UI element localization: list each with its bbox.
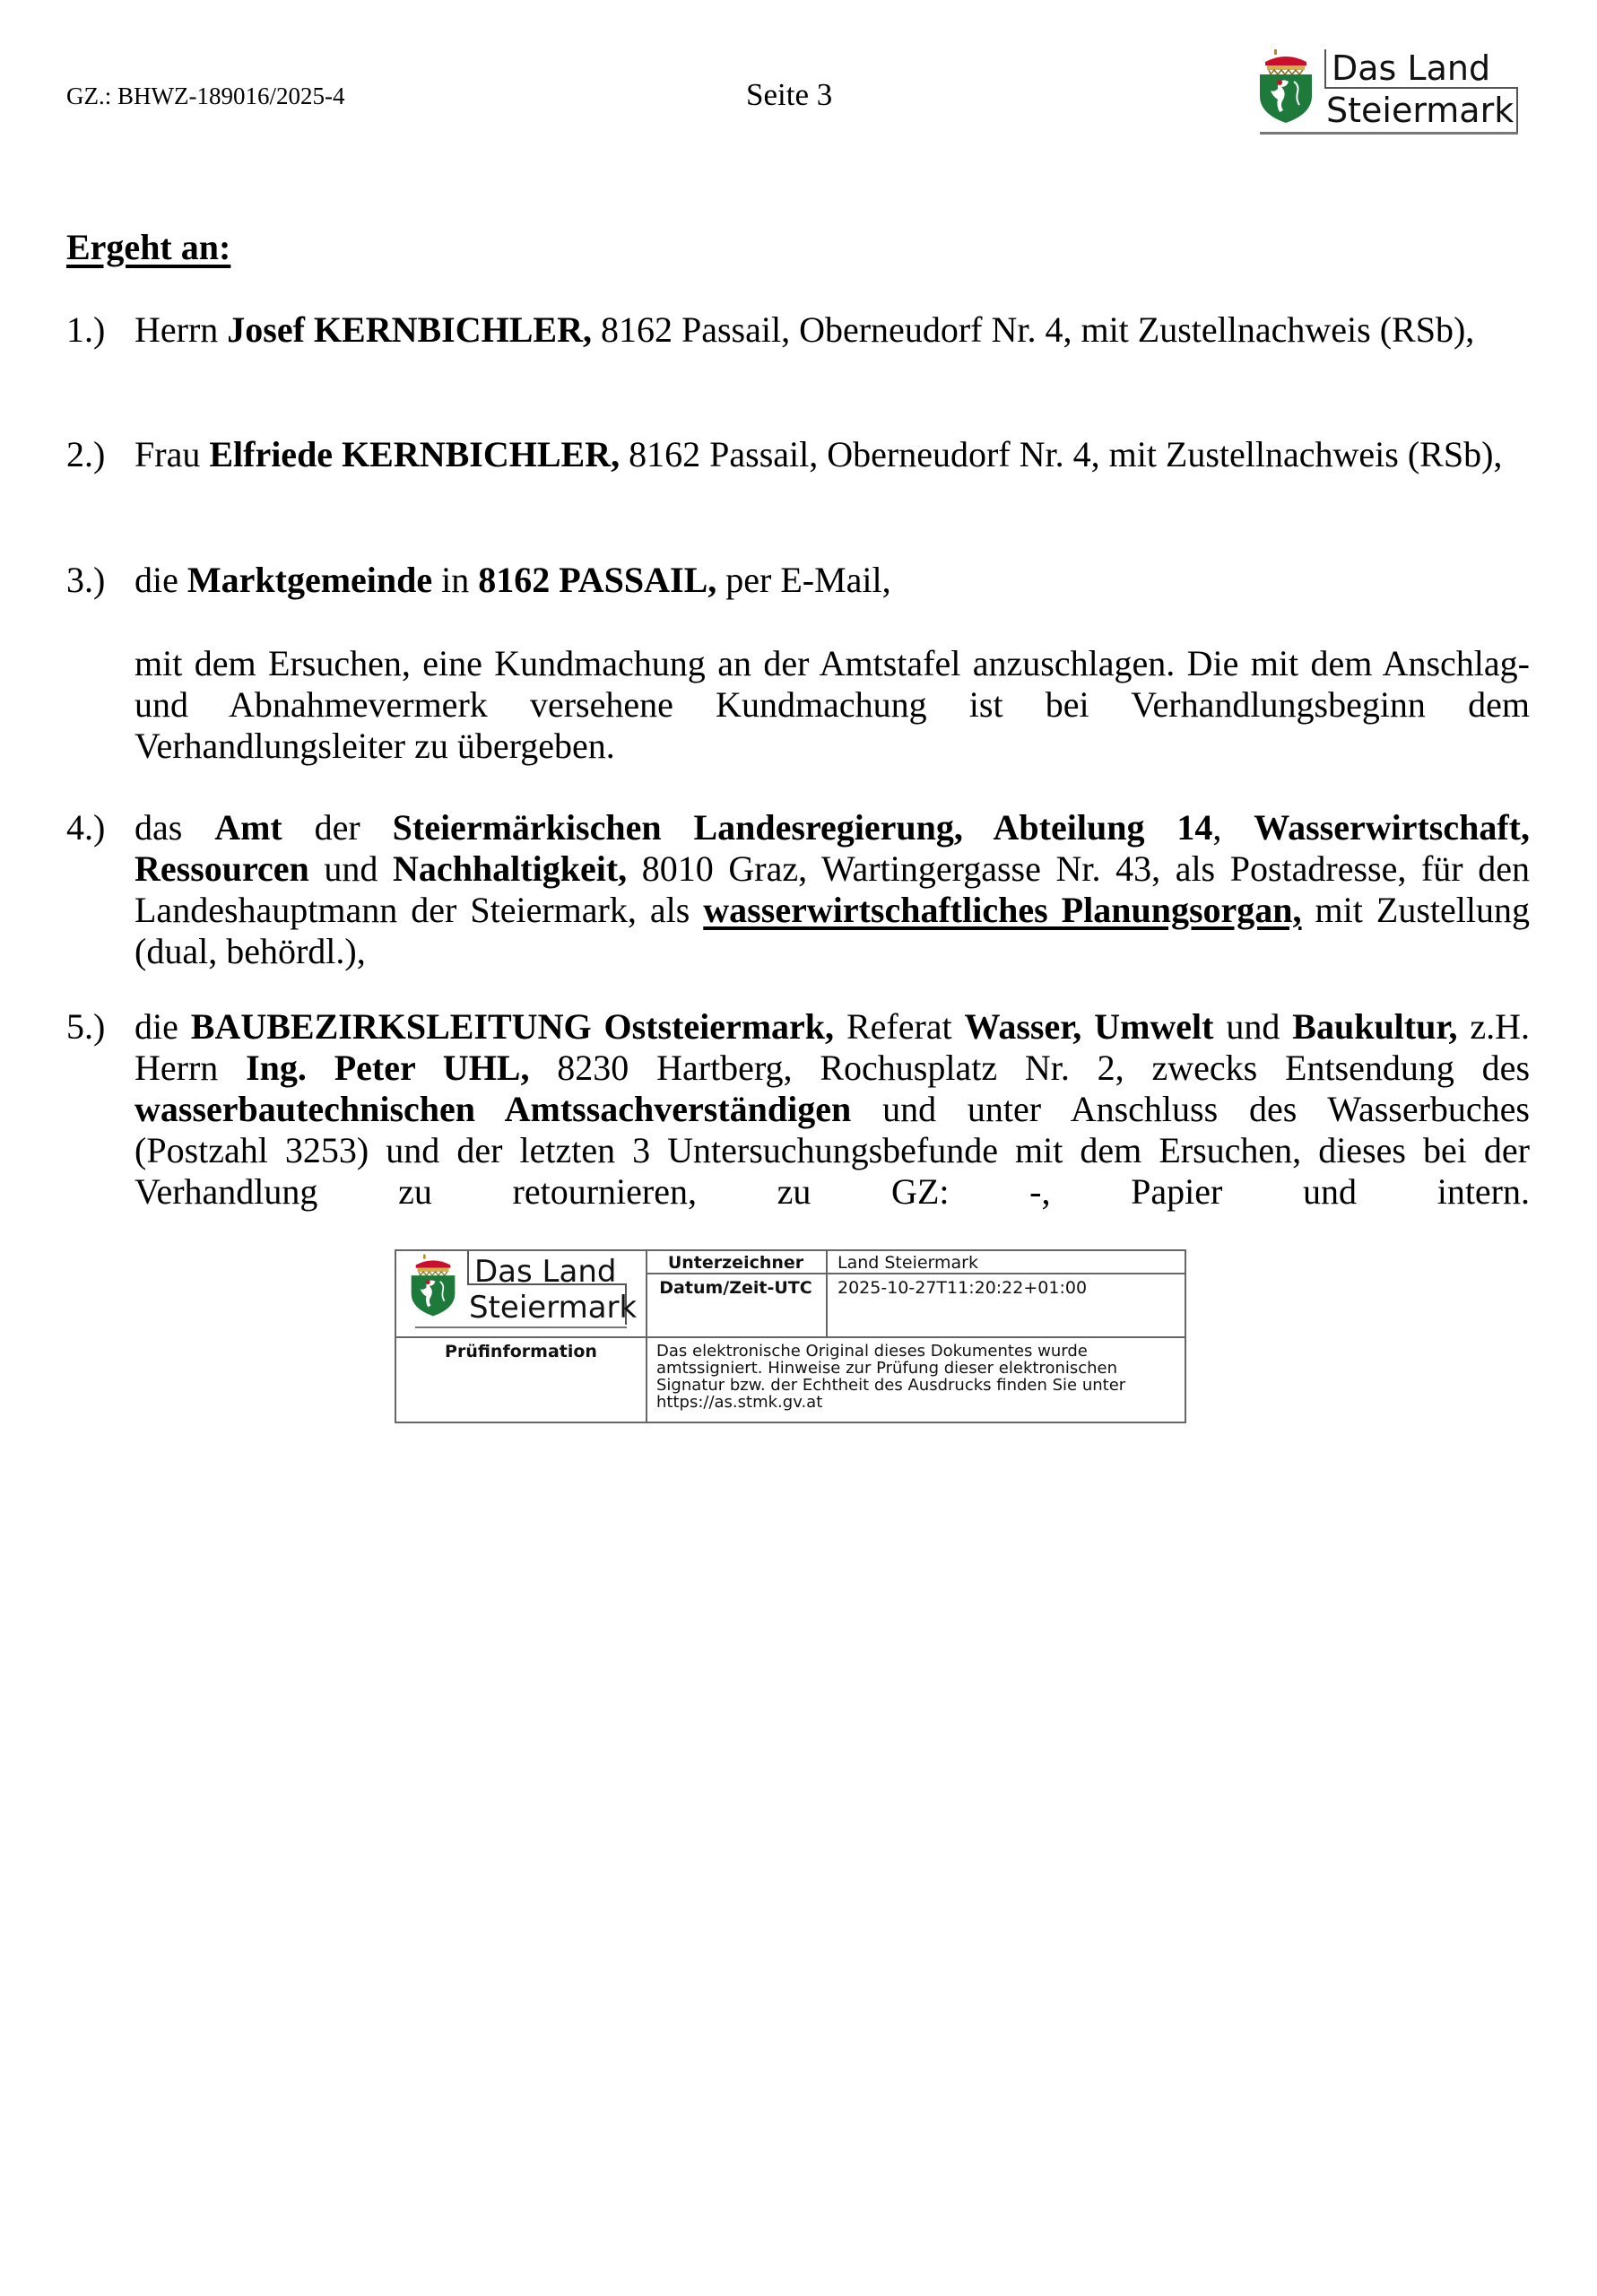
signer-value: Land Steiermark [838,1254,978,1272]
logo-rule [1260,132,1518,135]
electronic-signature-block: Das Land Steiermark Unterzeichner Land S… [395,1249,1186,1423]
logo-text-line1: Das Land [1332,51,1490,85]
page-number: Seite 3 [746,77,832,113]
table-divider [826,1251,828,1336]
verification-label: Prüfinformation [396,1343,646,1361]
table-divider [646,1273,1186,1274]
recipient-text: Frau Elfriede KERNBICHLER, 8162 Passail,… [135,434,1530,475]
steiermark-coat-of-arms-icon [410,1253,456,1318]
recipient-text: die Marktgemeinde in 8162 PASSAIL, per E… [135,560,1530,601]
recipient-note: mit dem Ersuchen, eine Kundmachung an de… [135,643,1530,767]
table-divider [396,1336,1186,1338]
item-number: 2.) [66,434,105,475]
datetime-label: Datum/Zeit-UTC [646,1279,826,1297]
item-number: 3.) [66,560,105,601]
signer-label: Unterzeichner [646,1254,826,1272]
land-steiermark-logo: Das Land Steiermark [1258,49,1520,139]
item-number: 1.) [66,309,105,351]
logo-text-line2: Steiermark [469,1292,637,1323]
recipient-item: 5.) die BAUBEZIRKSLEITUNG Oststeiermark,… [66,1006,1530,1213]
item-number: 4.) [66,807,105,848]
signature-logo: Das Land Steiermark [410,1251,645,1332]
recipients-heading: Ergeht an: [66,226,230,268]
logo-rule [415,1326,627,1328]
recipient-item: 1.) Herrn Josef KERNBICHLER, 8162 Passai… [66,309,1530,351]
recipient-item: 3.) die Marktgemeinde in 8162 PASSAIL, p… [66,560,1530,601]
logo-text-line2: Steiermark [1326,93,1514,127]
verification-text: Das elektronische Original dieses Dokume… [656,1343,1176,1411]
recipient-item: 2.) Frau Elfriede KERNBICHLER, 8162 Pass… [66,434,1530,475]
recipient-text: die BAUBEZIRKSLEITUNG Oststeiermark, Ref… [135,1006,1530,1213]
recipient-text: das Amt der Steiermärkischen Landesregie… [135,807,1530,972]
document-reference: GZ.: BHWZ-189016/2025-4 [66,83,344,110]
datetime-value: 2025-10-27T11:20:22+01:00 [838,1279,1087,1297]
item-number: 5.) [66,1006,105,1048]
steiermark-coat-of-arms-icon [1258,49,1314,123]
logo-text-line1: Das Land [474,1257,616,1287]
recipient-text: Herrn Josef KERNBICHLER, 8162 Passail, O… [135,309,1530,351]
recipient-item: 4.) das Amt der Steiermärkischen Landesr… [66,807,1530,972]
